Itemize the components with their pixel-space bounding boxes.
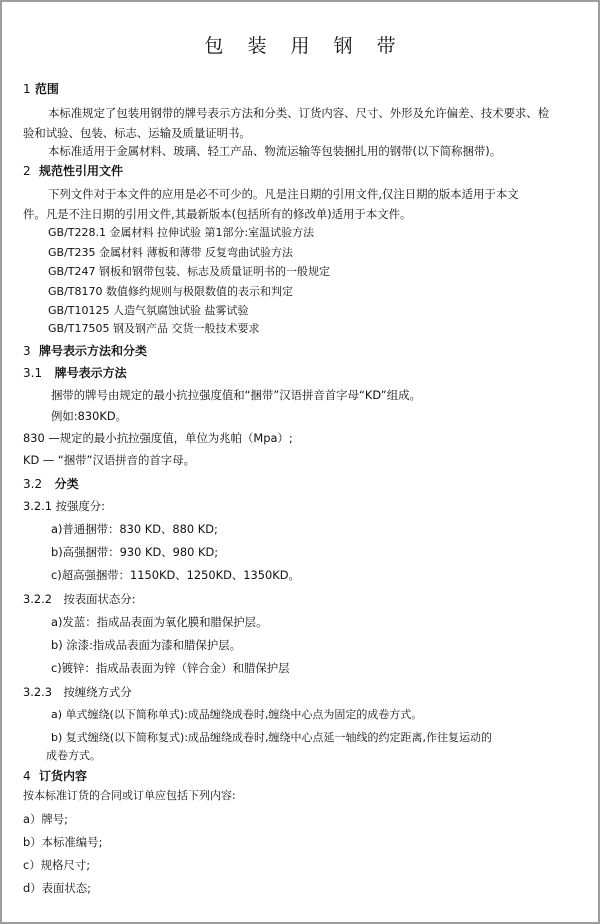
section-title: 订货内容 <box>39 769 87 783</box>
reference-item: GB/T235 金属材料 薄板和薄带 反复弯曲试验方法 <box>48 246 293 260</box>
section-1-heading: 1 范围 <box>23 82 59 96</box>
list-item: b）本标准编号; <box>23 835 102 849</box>
subsection-3-2-1-label: 3.2.1 按强度分: <box>23 499 105 513</box>
section-number: 3.1 <box>23 366 42 380</box>
section-4-heading: 4 订货内容 <box>23 769 87 783</box>
section-3-heading: 3 牌号表示方法和分类 <box>23 344 147 358</box>
section-title: 牌号表示方法和分类 <box>39 344 147 358</box>
paragraph: 验和试验、包装、标志、运输及质量证明书。 <box>23 126 251 140</box>
list-item: c)镀锌：指成品表面为锌（锌合金）和腊保护层 <box>51 661 290 675</box>
reference-item: GB/T17505 钢及钢产品 交货一般技术要求 <box>48 322 259 336</box>
list-item: b) 涂漆:指成品表面为漆和腊保护层。 <box>51 638 241 652</box>
section-title: 牌号表示方法 <box>55 366 127 380</box>
section-number: 3 <box>23 344 31 358</box>
section-number: 3.2 <box>23 477 42 491</box>
list-item: a) 单式缠绕(以下简称单式):成品缠绕成卷时,缠绕中心点为固定的成卷方式。 <box>51 708 422 722</box>
paragraph: 件。凡是不注日期的引用文件,其最新版本(包括所有的修改单)适用于本文件。 <box>23 207 411 221</box>
subsection-3-1-heading: 3.1 牌号表示方法 <box>23 366 127 380</box>
subsection-3-2-heading: 3.2 分类 <box>23 477 79 491</box>
section-number: 4 <box>23 769 31 783</box>
section-2-heading: 2 规范性引用文件 <box>23 164 123 178</box>
reference-item: GB/T10125 人造气氛腐蚀试验 盐雾试验 <box>48 304 248 318</box>
list-item: b)高强捆带：930 KD、980 KD; <box>51 545 218 559</box>
document-title: 包 装 用 钢 带 <box>2 31 598 58</box>
paragraph: 本标准适用于金属材料、玻璃、轻工产品、物流运输等包装捆扎用的钢带(以下简称捆带)… <box>48 144 501 158</box>
section-number: 1 <box>23 82 31 96</box>
reference-item: GB/T8170 数值修约规则与极限数值的表示和判定 <box>48 285 293 299</box>
section-title: 规范性引用文件 <box>39 164 123 178</box>
paragraph: 本标准规定了包装用钢带的牌号表示方法和分类、订货内容、尺寸、外形及允许偏差、技术… <box>48 106 549 120</box>
reference-item: GB/T228.1 金属材料 拉伸试验 第1部分:室温试验方法 <box>48 226 314 240</box>
example-text: 例如:830KD。 <box>51 409 127 423</box>
definition-830: 830 —规定的最小抗拉强度值，单位为兆帕（Mpa）; <box>23 431 293 445</box>
subsection-3-2-3-label: 3.2.3 按缠绕方式分 <box>23 685 132 699</box>
list-item: a)普通捆带：830 KD、880 KD; <box>51 522 218 536</box>
section-title: 范围 <box>35 82 59 96</box>
section-title: 分类 <box>55 477 79 491</box>
paragraph: 按本标准订货的合同或订单应包括下列内容: <box>23 789 236 803</box>
list-item: a)发蓝：指成品表面为氧化膜和腊保护层。 <box>51 615 267 629</box>
list-item: d）表面状态; <box>23 881 91 895</box>
list-item-continuation: 成卷方式。 <box>46 749 101 763</box>
document-page: 包 装 用 钢 带 1 范围 本标准规定了包装用钢带的牌号表示方法和分类、订货内… <box>0 0 600 924</box>
paragraph: 捆带的牌号由规定的最小抗拉强度值和“捆带”汉语拼音首字母“KD”组成。 <box>51 388 421 402</box>
definition-kd: KD — “捆带”汉语拼音的首字母。 <box>23 453 195 467</box>
paragraph: 下列文件对于本文件的应用是必不可少的。凡是注日期的引用文件,仅注日期的版本适用于… <box>48 187 519 201</box>
list-item: b) 复式缠绕(以下简称复式):成品缠绕成卷时,缠绕中心点延一轴线的约定距离,作… <box>51 731 492 745</box>
list-item: c）规格尺寸; <box>23 858 90 872</box>
subsection-3-2-2-label: 3.2.2 按表面状态分: <box>23 592 136 606</box>
section-number: 2 <box>23 164 31 178</box>
reference-item: GB/T247 钢板和钢带包装、标志及质量证明书的一般规定 <box>48 265 330 279</box>
list-item: a）牌号; <box>23 812 68 826</box>
list-item: c)超高强捆带：1150KD、1250KD、1350KD。 <box>51 568 300 582</box>
